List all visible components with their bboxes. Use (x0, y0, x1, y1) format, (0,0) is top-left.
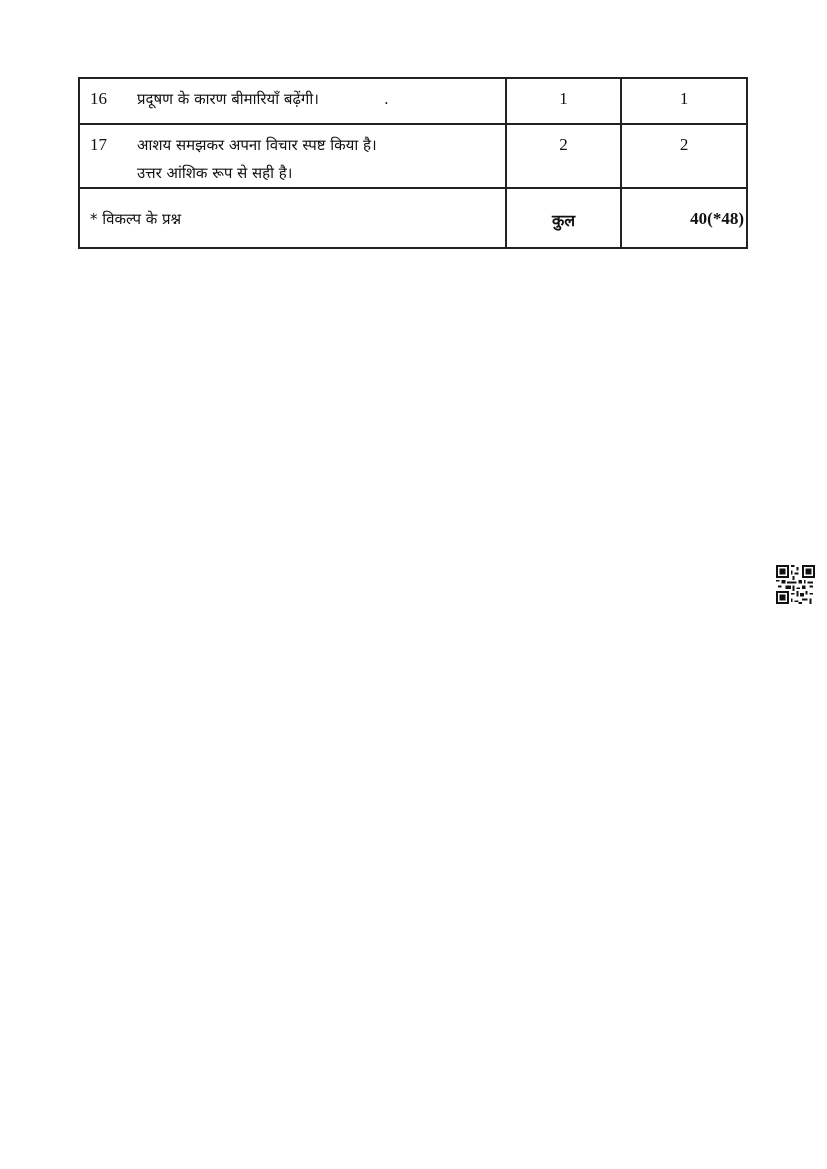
table-footer-row: * विकल्प के प्रश्न कुल 40(*48) (79, 188, 747, 248)
qr-code-icon (776, 565, 815, 604)
marks-cell: 2 (506, 124, 622, 188)
marks-value: 2 (507, 125, 621, 155)
total-marks-value: 2 (622, 125, 746, 155)
total-value: 40(*48) (622, 189, 746, 229)
answer-text: प्रदूषण के कारण बीमारियाँ बढ़ेंगी।. (137, 85, 389, 113)
answer-line: उत्तर आंशिक रूप से सही है। (137, 164, 292, 182)
answer-line: आशय समझकर अपना विचार स्पष्ट किया है। (137, 136, 377, 154)
marks-value: 1 (507, 79, 621, 109)
optional-questions-note: * विकल्प के प्रश्न (80, 189, 505, 229)
table-row: 17 आशय समझकर अपना विचार स्पष्ट किया है। … (79, 124, 747, 188)
answer-text: आशय समझकर अपना विचार स्पष्ट किया है। उत्… (137, 131, 377, 187)
total-label-cell: कुल (506, 188, 622, 248)
marking-scheme-table: 16 प्रदूषण के कारण बीमारियाँ बढ़ेंगी।. 1… (78, 77, 748, 249)
question-cell: 16 प्रदूषण के कारण बीमारियाँ बढ़ेंगी।. (79, 78, 506, 124)
footnote-cell: * विकल्प के प्रश्न (79, 188, 506, 248)
marks-cell: 1 (506, 78, 622, 124)
stray-mark: . (384, 90, 389, 108)
table-row: 16 प्रदूषण के कारण बीमारियाँ बढ़ेंगी।. 1… (79, 78, 747, 124)
total-marks-value: 1 (622, 79, 746, 109)
total-value-cell: 40(*48) (621, 188, 747, 248)
answer-line: प्रदूषण के कारण बीमारियाँ बढ़ेंगी। (137, 90, 319, 108)
total-label: कुल (507, 189, 621, 231)
total-marks-cell: 2 (621, 124, 747, 188)
total-marks-cell: 1 (621, 78, 747, 124)
question-number: 17 (90, 135, 137, 187)
question-number: 16 (90, 89, 137, 113)
question-cell: 17 आशय समझकर अपना विचार स्पष्ट किया है। … (79, 124, 506, 188)
